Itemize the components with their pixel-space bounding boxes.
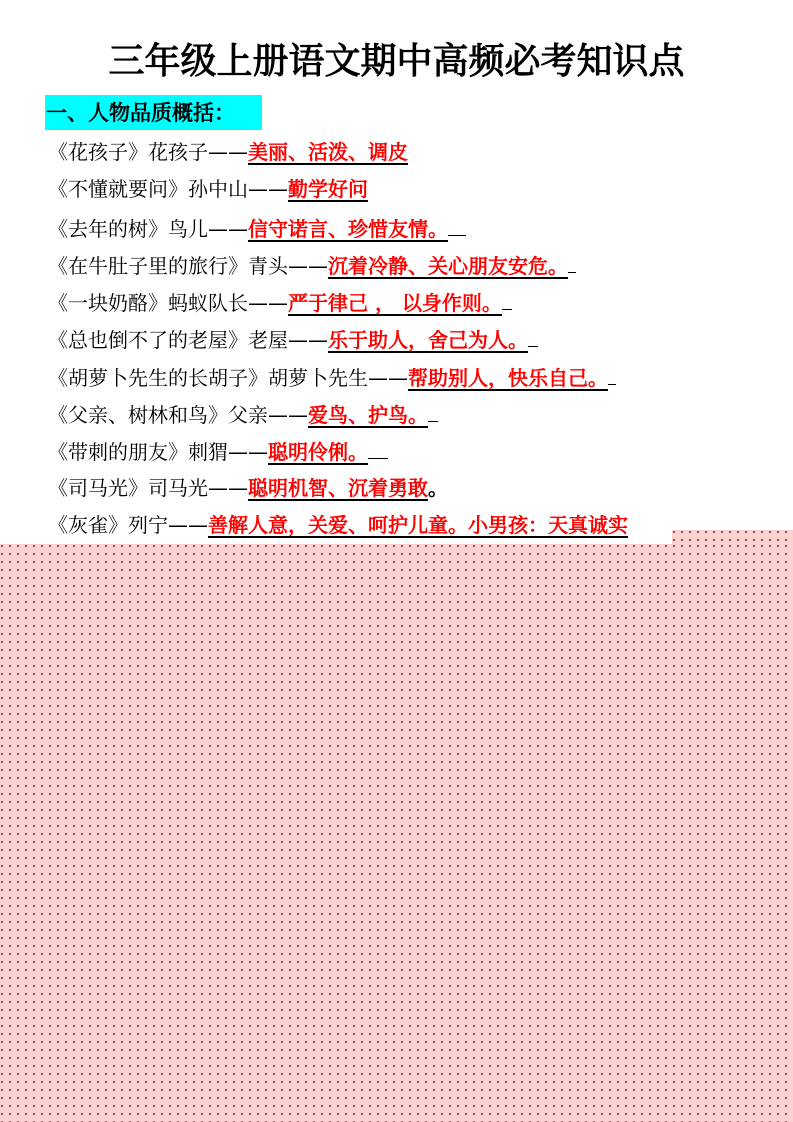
list-item: 《父亲、树林和鸟》父亲——爱鸟、护鸟。 [48, 395, 628, 432]
document-title: 三年级上册语文期中高频必考知识点 [0, 38, 793, 86]
item-source: 《一块奶酪》蚂蚁队长—— [48, 291, 288, 315]
list-item: 《在牛肚子里的旅行》青头——沉着冷静、关心朋友安危。 [48, 246, 628, 283]
list-item: 《总也倒不了的老屋》老屋——乐于助人，舍己为人。 [48, 320, 628, 357]
character-trait-list: 《花孩子》花孩子——美丽、活泼、调皮 《不懂就要问》孙中山——勤学好问 《去年的… [48, 134, 628, 544]
item-source: 《父亲、树林和鸟》父亲—— [48, 403, 308, 427]
item-answer: 爱鸟、护鸟。 [308, 403, 428, 427]
redacted-dotted-overlay [0, 544, 793, 1122]
list-item: 《带刺的朋友》刺猬——聪明伶俐。 [48, 432, 628, 469]
item-source: 《去年的树》鸟儿—— [48, 217, 248, 241]
item-source: 《总也倒不了的老屋》老屋—— [48, 328, 328, 352]
item-source: 《胡萝卜先生的长胡子》胡萝卜先生—— [48, 366, 408, 390]
item-source: 《不懂就要问》孙中山—— [48, 177, 288, 201]
list-item: 《去年的树》鸟儿——信守诺言、珍惜友情。 [48, 209, 628, 246]
list-item: 《胡萝卜先生的长胡子》胡萝卜先生——帮助别人，快乐自己。 [48, 358, 628, 395]
item-source: 《司马光》司马光—— [48, 476, 248, 500]
redacted-dotted-overlay-corner [672, 530, 793, 544]
item-source: 《灰雀》列宁—— [48, 513, 208, 537]
item-answer: 聪明伶俐。 [268, 440, 368, 464]
item-answer: 帮助别人，快乐自己。 [408, 366, 608, 390]
item-answer: 沉着冷静、关心朋友安危。 [328, 254, 568, 278]
list-item: 《一块奶酪》蚂蚁队长——严于律己 ， 以身作则。 [48, 283, 628, 320]
list-item: 《不懂就要问》孙中山——勤学好问 [48, 171, 628, 208]
item-answer: 信守诺言、珍惜友情。 [248, 217, 448, 241]
blank-underline [568, 246, 576, 273]
blank-underline [608, 358, 616, 385]
blank-underline [368, 432, 388, 459]
item-source: 《花孩子》花孩子—— [48, 140, 248, 164]
item-answer: 勤学好问 [288, 177, 368, 201]
section-heading-character-traits: 一、人物品质概括： [45, 95, 262, 130]
list-item: 《灰雀》列宁——善解人意，关爱、呵护儿童。小男孩：天真诚实 [48, 507, 628, 544]
item-answer: 乐于助人，舍己为人。 [328, 328, 528, 352]
blank-underline [448, 209, 466, 236]
item-punctuation: 。 [428, 476, 448, 500]
item-source: 《带刺的朋友》刺猬—— [48, 440, 268, 464]
item-answer: 善解人意，关爱、呵护儿童。小男孩：天真诚实 [208, 513, 628, 537]
blank-underline [502, 283, 512, 310]
item-answer: 美丽、活泼、调皮 [248, 140, 408, 164]
item-answer: 严于律己 ， 以身作则。 [288, 291, 502, 315]
list-item: 《花孩子》花孩子——美丽、活泼、调皮 [48, 134, 628, 171]
item-source: 《在牛肚子里的旅行》青头—— [48, 254, 328, 278]
blank-underline [528, 320, 538, 347]
blank-underline [428, 395, 438, 422]
item-answer: 聪明机智、沉着勇敢 [248, 476, 428, 500]
list-item: 《司马光》司马光——聪明机智、沉着勇敢。 [48, 470, 628, 507]
